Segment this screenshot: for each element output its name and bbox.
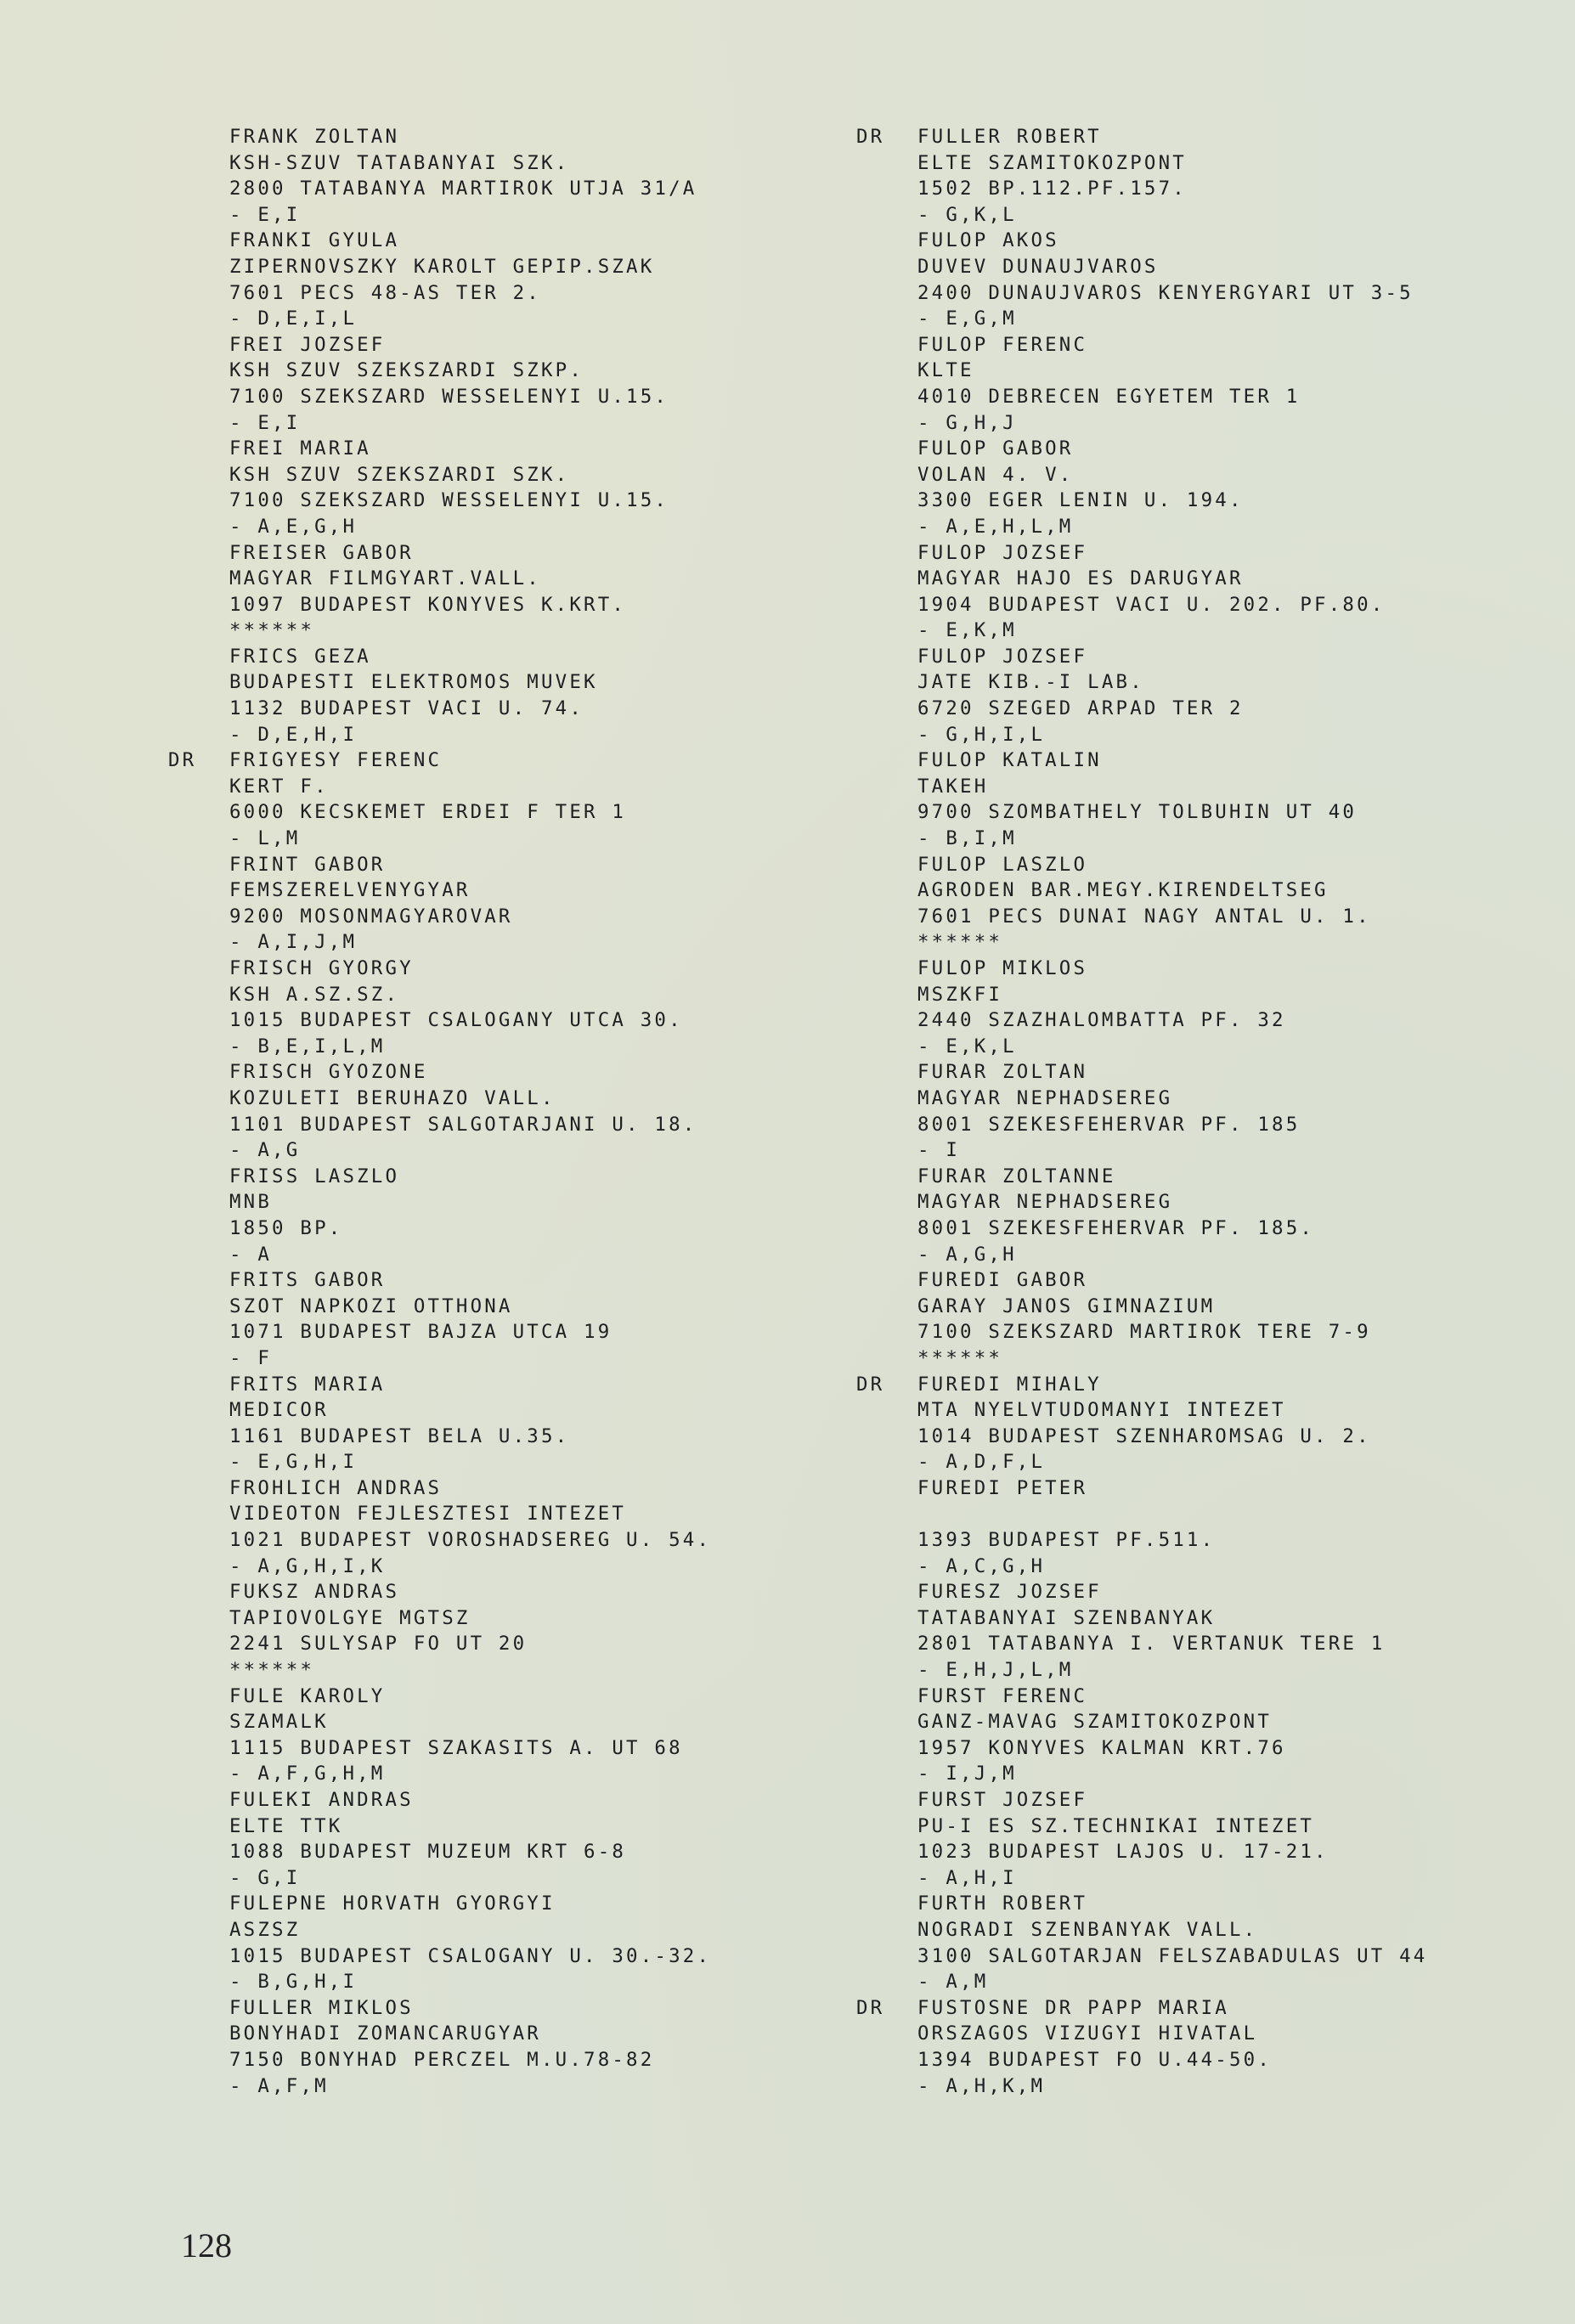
entry-organization: MAGYAR HAJO ES DARUGYAR [917, 566, 1546, 592]
entry-name: FREI JOZSEF [229, 332, 841, 358]
entry-codes: - B,G,H,I [229, 1969, 841, 1995]
entry-name: FULOP AKOS [917, 228, 1546, 254]
entry-organization: VOLAN 4. V. [917, 462, 1546, 488]
directory-entry: FREI MARIAKSH SZUV SZEKSZARDI SZK.7100 S… [229, 436, 841, 539]
entry-name: FULOP MIKLOS [917, 956, 1546, 982]
entry-name: FREI MARIA [229, 436, 841, 462]
right-column: DRFULLER ROBERTELTE SZAMITOKOZPONT1502 B… [917, 124, 1546, 2099]
entry-codes: - A,F,M [229, 2073, 841, 2100]
entry-organization: ZIPERNOVSZKY KAROLT GEPIP.SZAK [229, 254, 841, 280]
entry-address: 1957 KONYVES KALMAN KRT.76 [917, 1735, 1546, 1762]
entry-organization: MSZKFI [917, 982, 1546, 1008]
entry-organization: KSH A.SZ.SZ. [229, 982, 841, 1008]
entry-codes: - G,H,I,L [917, 722, 1546, 748]
entry-organization: VIDEOTON FEJLESZTESI INTEZET [229, 1501, 841, 1527]
entry-name: FULOP JOZSEF [917, 540, 1546, 567]
entry-address: 7601 PECS 48-AS TER 2. [229, 280, 841, 307]
title-prefix: DR [168, 747, 196, 774]
entry-name: FUREDI GABOR [917, 1267, 1546, 1294]
entry-organization: SZAMALK [229, 1709, 841, 1735]
entry-organization: KERT F. [229, 774, 841, 800]
entry-codes: - I [917, 1137, 1546, 1164]
entry-codes: - G,K,L [917, 202, 1546, 228]
entry-address: 1502 BP.112.PF.157. [917, 176, 1546, 202]
directory-entry: FULE KAROLYSZAMALK1115 BUDAPEST SZAKASIT… [229, 1684, 841, 1787]
entry-organization: DUVEV DUNAUJVAROS [917, 254, 1546, 280]
entry-organization: FEMSZERELVENYGYAR [229, 877, 841, 904]
entry-codes: - D,E,H,I [229, 722, 841, 748]
entry-address: 3300 EGER LENIN U. 194. [917, 488, 1546, 514]
entry-address: 1071 BUDAPEST BAJZA UTCA 19 [229, 1319, 841, 1345]
entry-organization: KSH SZUV SZEKSZARDI SZK. [229, 462, 841, 488]
entry-name: FUKSZ ANDRAS [229, 1579, 841, 1605]
entry-address: 1101 BUDAPEST SALGOTARJANI U. 18. [229, 1112, 841, 1138]
directory-entry: FULOP LASZLOAGRODEN BAR.MEGY.KIRENDELTSE… [917, 852, 1546, 956]
entry-codes: - A,G,H,I,K [229, 1554, 841, 1580]
entry-name: FRISS LASZLO [229, 1164, 841, 1190]
entry-address: 6000 KECSKEMET ERDEI F TER 1 [229, 799, 841, 826]
directory-entry: FRITS GABORSZOT NAPKOZI OTTHONA1071 BUDA… [229, 1267, 841, 1371]
directory-entry: FRICS GEZABUDAPESTI ELEKTROMOS MUVEK1132… [229, 644, 841, 747]
entry-name: FULLER ROBERT [917, 124, 1546, 150]
directory-entry: DRFUSTOSNE DR PAPP MARIAORSZAGOS VIZUGYI… [917, 1995, 1546, 2099]
directory-entry: FULLER MIKLOSBONYHADI ZOMANCARUGYAR7150 … [229, 1995, 841, 2099]
directory-entry: FREI JOZSEFKSH SZUV SZEKSZARDI SZKP.7100… [229, 332, 841, 436]
entry-address: 1393 BUDAPEST PF.511. [917, 1527, 1546, 1554]
directory-entry: FULEKI ANDRASELTE TTK1088 BUDAPEST MUZEU… [229, 1787, 841, 1891]
entry-address: 2800 TATABANYA MARTIROK UTJA 31/A [229, 176, 841, 202]
entry-organization: KSH-SZUV TATABANYAI SZK. [229, 150, 841, 177]
entry-organization: MEDICOR [229, 1397, 841, 1424]
entry-codes: - B,E,I,L,M [229, 1034, 841, 1060]
entry-name: FROHLICH ANDRAS [229, 1475, 841, 1502]
entry-name: FULEPNE HORVATH GYORGYI [229, 1891, 841, 1917]
entry-address: 7150 BONYHAD PERCZEL M.U.78-82 [229, 2047, 841, 2073]
entry-address: 7100 SZEKSZARD WESSELENYI U.15. [229, 488, 841, 514]
entry-codes: - B,I,M [917, 826, 1546, 852]
directory-entry: FULOP KATALINTAKEH9700 SZOMBATHELY TOLBU… [917, 747, 1546, 851]
directory-entry: FULOP AKOSDUVEV DUNAUJVAROS2400 DUNAUJVA… [917, 228, 1546, 331]
entry-name: FRINT GABOR [229, 852, 841, 878]
entry-name: FURAR ZOLTAN [917, 1059, 1546, 1086]
entry-name: FULOP JOZSEF [917, 644, 1546, 670]
title-prefix: DR [856, 124, 884, 150]
entry-codes: - E,I [229, 410, 841, 437]
entry-address: 2801 TATABANYA I. VERTANUK TERE 1 [917, 1631, 1546, 1657]
directory-entry: FRANK ZOLTANKSH-SZUV TATABANYAI SZK.2800… [229, 124, 841, 228]
entry-codes: - A,H,K,M [917, 2073, 1546, 2100]
entry-codes: - A,G,H [917, 1242, 1546, 1268]
entry-organization: MNB [229, 1189, 841, 1216]
entry-codes: - D,E,I,L [229, 306, 841, 332]
entry-organization [917, 1501, 1546, 1527]
entry-organization: KOZULETI BERUHAZO VALL. [229, 1086, 841, 1112]
entry-address: 1850 BP. [229, 1216, 841, 1242]
entry-organization: AGRODEN BAR.MEGY.KIRENDELTSEG [917, 877, 1546, 904]
entry-codes: - E,G,H,I [229, 1449, 841, 1475]
entry-name: FRANK ZOLTAN [229, 124, 841, 150]
entry-address: 9200 MOSONMAGYAROVAR [229, 904, 841, 930]
entry-name: FULOP GABOR [917, 436, 1546, 462]
entry-organization: ORSZAGOS VIZUGYI HIVATAL [917, 2021, 1546, 2047]
directory-entry: FRITS MARIAMEDICOR1161 BUDAPEST BELA U.3… [229, 1372, 841, 1475]
entry-address: 1097 BUDAPEST KONYVES K.KRT. [229, 592, 841, 618]
entry-address: 1904 BUDAPEST VACI U. 202. PF.80. [917, 592, 1546, 618]
entry-address: 1132 BUDAPEST VACI U. 74. [229, 696, 841, 722]
document-page: FRANK ZOLTANKSH-SZUV TATABANYAI SZK.2800… [0, 0, 1575, 2324]
entry-name: FULEKI ANDRAS [229, 1787, 841, 1814]
directory-entry: DRFUREDI MIHALYMTA NYELVTUDOMANYI INTEZE… [917, 1372, 1546, 1475]
entry-codes: - G,H,J [917, 410, 1546, 437]
entry-organization: BUDAPESTI ELEKTROMOS MUVEK [229, 669, 841, 696]
entry-name: FRITS MARIA [229, 1372, 841, 1398]
entry-name: FURTH ROBERT [917, 1891, 1546, 1917]
entry-name: FRISCH GYOZONE [229, 1059, 841, 1086]
directory-entry: FURAR ZOLTANNEMAGYAR NEPHADSEREG8001 SZE… [917, 1164, 1546, 1267]
entry-codes: - A,I,J,M [229, 929, 841, 956]
directory-entry: FRINT GABORFEMSZERELVENYGYAR9200 MOSONMA… [229, 852, 841, 956]
directory-entry: FUKSZ ANDRASTAPIOVOLGYE MGTSZ2241 SULYSA… [229, 1579, 841, 1683]
entry-address: 7100 SZEKSZARD MARTIROK TERE 7-9 [917, 1319, 1546, 1345]
entry-codes: ****** [917, 929, 1546, 956]
entry-address: 8001 SZEKESFEHERVAR PF. 185. [917, 1216, 1546, 1242]
entry-name: FRITS GABOR [229, 1267, 841, 1294]
entry-name: FURST JOZSEF [917, 1787, 1546, 1814]
entry-address: 2241 SULYSAP FO UT 20 [229, 1631, 841, 1657]
directory-entry: FUREDI PETER1393 BUDAPEST PF.511.- A,C,G… [917, 1475, 1546, 1579]
directory-entry: FULEPNE HORVATH GYORGYIASZSZ1015 BUDAPES… [229, 1891, 841, 1994]
directory-entry: FULOP JOZSEFMAGYAR HAJO ES DARUGYAR1904 … [917, 540, 1546, 644]
entry-codes: - E,I [229, 202, 841, 228]
entry-address: 1088 BUDAPEST MUZEUM KRT 6-8 [229, 1839, 841, 1865]
directory-entry: FRISCH GYORGYKSH A.SZ.SZ.1015 BUDAPEST C… [229, 956, 841, 1059]
entry-codes: - A,F,G,H,M [229, 1761, 841, 1787]
entry-name: FRIGYESY FERENC [229, 747, 841, 774]
entry-name: FULLER MIKLOS [229, 1995, 841, 2022]
directory-entry: DRFULLER ROBERTELTE SZAMITOKOZPONT1502 B… [917, 124, 1546, 228]
entry-organization: SZOT NAPKOZI OTTHONA [229, 1294, 841, 1320]
entry-organization: TAKEH [917, 774, 1546, 800]
entry-codes: ****** [917, 1345, 1546, 1372]
entry-address: 1015 BUDAPEST CSALOGANY UTCA 30. [229, 1007, 841, 1034]
directory-entry: FUREDI GABORGARAY JANOS GIMNAZIUM7100 SZ… [917, 1267, 1546, 1371]
entry-address: 3100 SALGOTARJAN FELSZABADULAS UT 44 [917, 1943, 1546, 1970]
entry-address: 1023 BUDAPEST LAJOS U. 17-21. [917, 1839, 1546, 1865]
entry-organization: MAGYAR NEPHADSEREG [917, 1189, 1546, 1216]
entry-address: 8001 SZEKESFEHERVAR PF. 185 [917, 1112, 1546, 1138]
entry-name: FURST FERENC [917, 1684, 1546, 1710]
directory-entry: FULOP JOZSEFJATE KIB.-I LAB.6720 SZEGED … [917, 644, 1546, 747]
page-number: 128 [181, 2225, 232, 2265]
entry-codes: - A,G [229, 1137, 841, 1164]
entry-codes: - A,C,G,H [917, 1554, 1546, 1580]
left-column: FRANK ZOLTANKSH-SZUV TATABANYAI SZK.2800… [229, 124, 841, 2099]
entry-address: 1394 BUDAPEST FO U.44-50. [917, 2047, 1546, 2073]
directory-entry: DRFRIGYESY FERENCKERT F.6000 KECSKEMET E… [229, 747, 841, 851]
entry-organization: KLTE [917, 358, 1546, 384]
entry-organization: GARAY JANOS GIMNAZIUM [917, 1294, 1546, 1320]
directory-entry: FULOP FERENCKLTE4010 DEBRECEN EGYETEM TE… [917, 332, 1546, 436]
entry-codes: - I,J,M [917, 1761, 1546, 1787]
entry-organization: JATE KIB.-I LAB. [917, 669, 1546, 696]
entry-organization: PU-I ES SZ.TECHNIKAI INTEZET [917, 1814, 1546, 1840]
entry-name: FREISER GABOR [229, 540, 841, 567]
entry-address: 1115 BUDAPEST SZAKASITS A. UT 68 [229, 1735, 841, 1762]
entry-codes: - L,M [229, 826, 841, 852]
directory-entry: FRANKI GYULAZIPERNOVSZKY KAROLT GEPIP.SZ… [229, 228, 841, 331]
entry-organization: MAGYAR FILMGYART.VALL. [229, 566, 841, 592]
entry-address: 7100 SZEKSZARD WESSELENYI U.15. [229, 384, 841, 410]
entry-name: FULOP KATALIN [917, 747, 1546, 774]
entry-address: 7601 PECS DUNAI NAGY ANTAL U. 1. [917, 904, 1546, 930]
entry-codes: - E,K,L [917, 1034, 1546, 1060]
entry-codes: - A,D,F,L [917, 1449, 1546, 1475]
entry-address: 2400 DUNAUJVAROS KENYERGYARI UT 3-5 [917, 280, 1546, 307]
entry-codes: ****** [229, 1657, 841, 1684]
title-prefix: DR [856, 1372, 884, 1398]
directory-entry: FURAR ZOLTANMAGYAR NEPHADSEREG8001 SZEKE… [917, 1059, 1546, 1163]
entry-name: FUSTOSNE DR PAPP MARIA [917, 1995, 1546, 2022]
entry-organization: BONYHADI ZOMANCARUGYAR [229, 2021, 841, 2047]
entry-address: 1015 BUDAPEST CSALOGANY U. 30.-32. [229, 1943, 841, 1970]
entry-name: FUREDI MIHALY [917, 1372, 1546, 1398]
entry-name: FURESZ JOZSEF [917, 1579, 1546, 1605]
entry-organization: KSH SZUV SZEKSZARDI SZKP. [229, 358, 841, 384]
entry-name: FURAR ZOLTANNE [917, 1164, 1546, 1190]
entry-codes: - A,E,G,H [229, 514, 841, 540]
entry-address: 1021 BUDAPEST VOROSHADSEREG U. 54. [229, 1527, 841, 1554]
entry-organization: ASZSZ [229, 1917, 841, 1943]
entry-organization: ELTE TTK [229, 1814, 841, 1840]
entry-codes: - A,M [917, 1969, 1546, 1995]
entry-organization: MTA NYELVTUDOMANYI INTEZET [917, 1397, 1546, 1424]
entry-name: FULE KAROLY [229, 1684, 841, 1710]
entry-name: FRICS GEZA [229, 644, 841, 670]
entry-organization: GANZ-MAVAG SZAMITOKOZPONT [917, 1709, 1546, 1735]
entry-address: 1014 BUDAPEST SZENHAROMSAG U. 2. [917, 1424, 1546, 1450]
entry-codes: - A [229, 1242, 841, 1268]
entry-organization: TAPIOVOLGYE MGTSZ [229, 1605, 841, 1632]
directory-entry: FRISCH GYOZONEKOZULETI BERUHAZO VALL.110… [229, 1059, 841, 1163]
entry-name: FUREDI PETER [917, 1475, 1546, 1502]
entry-codes: - A,E,H,L,M [917, 514, 1546, 540]
entry-codes: - A,H,I [917, 1865, 1546, 1892]
entry-name: FRANKI GYULA [229, 228, 841, 254]
directory-entry: FROHLICH ANDRASVIDEOTON FEJLESZTESI INTE… [229, 1475, 841, 1579]
entry-codes: - G,I [229, 1865, 841, 1892]
entry-codes: - E,K,M [917, 618, 1546, 644]
directory-entry: FREISER GABORMAGYAR FILMGYART.VALL.1097 … [229, 540, 841, 644]
directory-entry: FURST JOZSEFPU-I ES SZ.TECHNIKAI INTEZET… [917, 1787, 1546, 1891]
title-prefix: DR [856, 1995, 884, 2022]
entry-name: FRISCH GYORGY [229, 956, 841, 982]
directory-entry: FULOP MIKLOSMSZKFI2440 SZAZHALOMBATTA PF… [917, 956, 1546, 1059]
entry-name: FULOP FERENC [917, 332, 1546, 358]
directory-entry: FURESZ JOZSEFTATABANYAI SZENBANYAK2801 T… [917, 1579, 1546, 1683]
entry-organization: ELTE SZAMITOKOZPONT [917, 150, 1546, 177]
entry-name: FULOP LASZLO [917, 852, 1546, 878]
entry-address: 6720 SZEGED ARPAD TER 2 [917, 696, 1546, 722]
directory-entry: FULOP GABORVOLAN 4. V.3300 EGER LENIN U.… [917, 436, 1546, 539]
entry-address: 9700 SZOMBATHELY TOLBUHIN UT 40 [917, 799, 1546, 826]
entry-organization: TATABANYAI SZENBANYAK [917, 1605, 1546, 1632]
directory-entry: FRISS LASZLOMNB1850 BP.- A [229, 1164, 841, 1267]
entry-codes: ****** [229, 618, 841, 644]
entry-codes: - E,H,J,L,M [917, 1657, 1546, 1684]
entry-codes: - F [229, 1345, 841, 1372]
entry-address: 2440 SZAZHALOMBATTA PF. 32 [917, 1007, 1546, 1034]
entry-organization: NOGRADI SZENBANYAK VALL. [917, 1917, 1546, 1943]
directory-entry: FURTH ROBERTNOGRADI SZENBANYAK VALL.3100… [917, 1891, 1546, 1994]
entry-codes: - E,G,M [917, 306, 1546, 332]
entry-address: 1161 BUDAPEST BELA U.35. [229, 1424, 841, 1450]
entry-address: 4010 DEBRECEN EGYETEM TER 1 [917, 384, 1546, 410]
directory-entry: FURST FERENCGANZ-MAVAG SZAMITOKOZPONT195… [917, 1684, 1546, 1787]
entry-organization: MAGYAR NEPHADSEREG [917, 1086, 1546, 1112]
